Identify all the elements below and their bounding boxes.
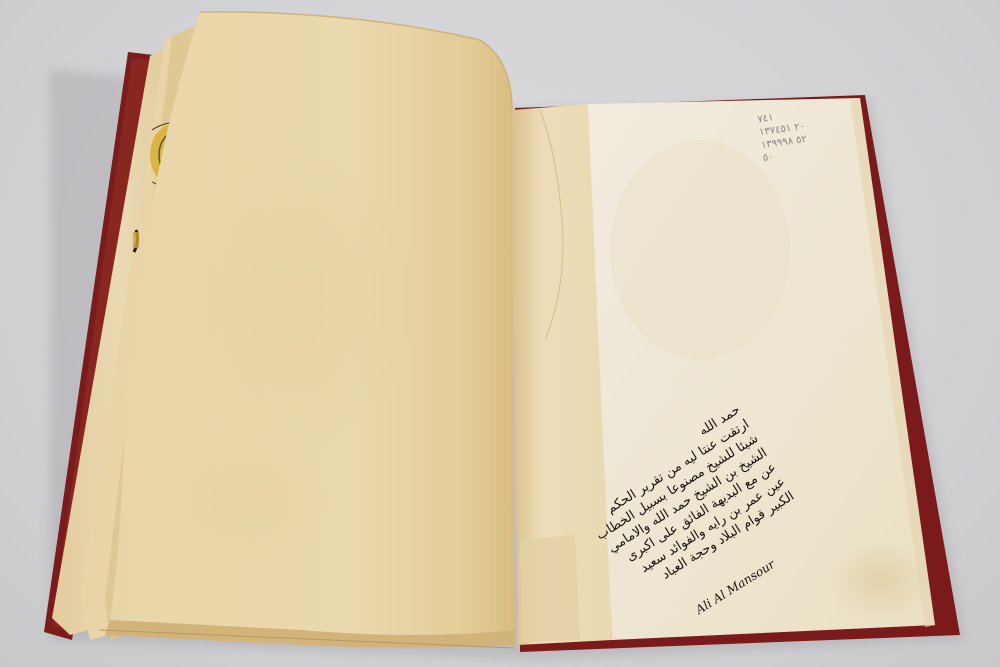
left-page-mottle-2 xyxy=(170,440,330,560)
pencil-annotation: ٧٤١ ٢٠ ١٣٧٤٥١ ٥٢ ١٣٩٩٩٨ ٥٠ xyxy=(757,107,810,165)
right-page-mottle xyxy=(610,140,790,360)
flyleaf-patch xyxy=(520,535,580,642)
gold-ornament-fill xyxy=(133,232,139,248)
book-scene xyxy=(0,0,1000,667)
left-page-mottle xyxy=(180,150,420,450)
right-corner-stain xyxy=(830,540,930,620)
